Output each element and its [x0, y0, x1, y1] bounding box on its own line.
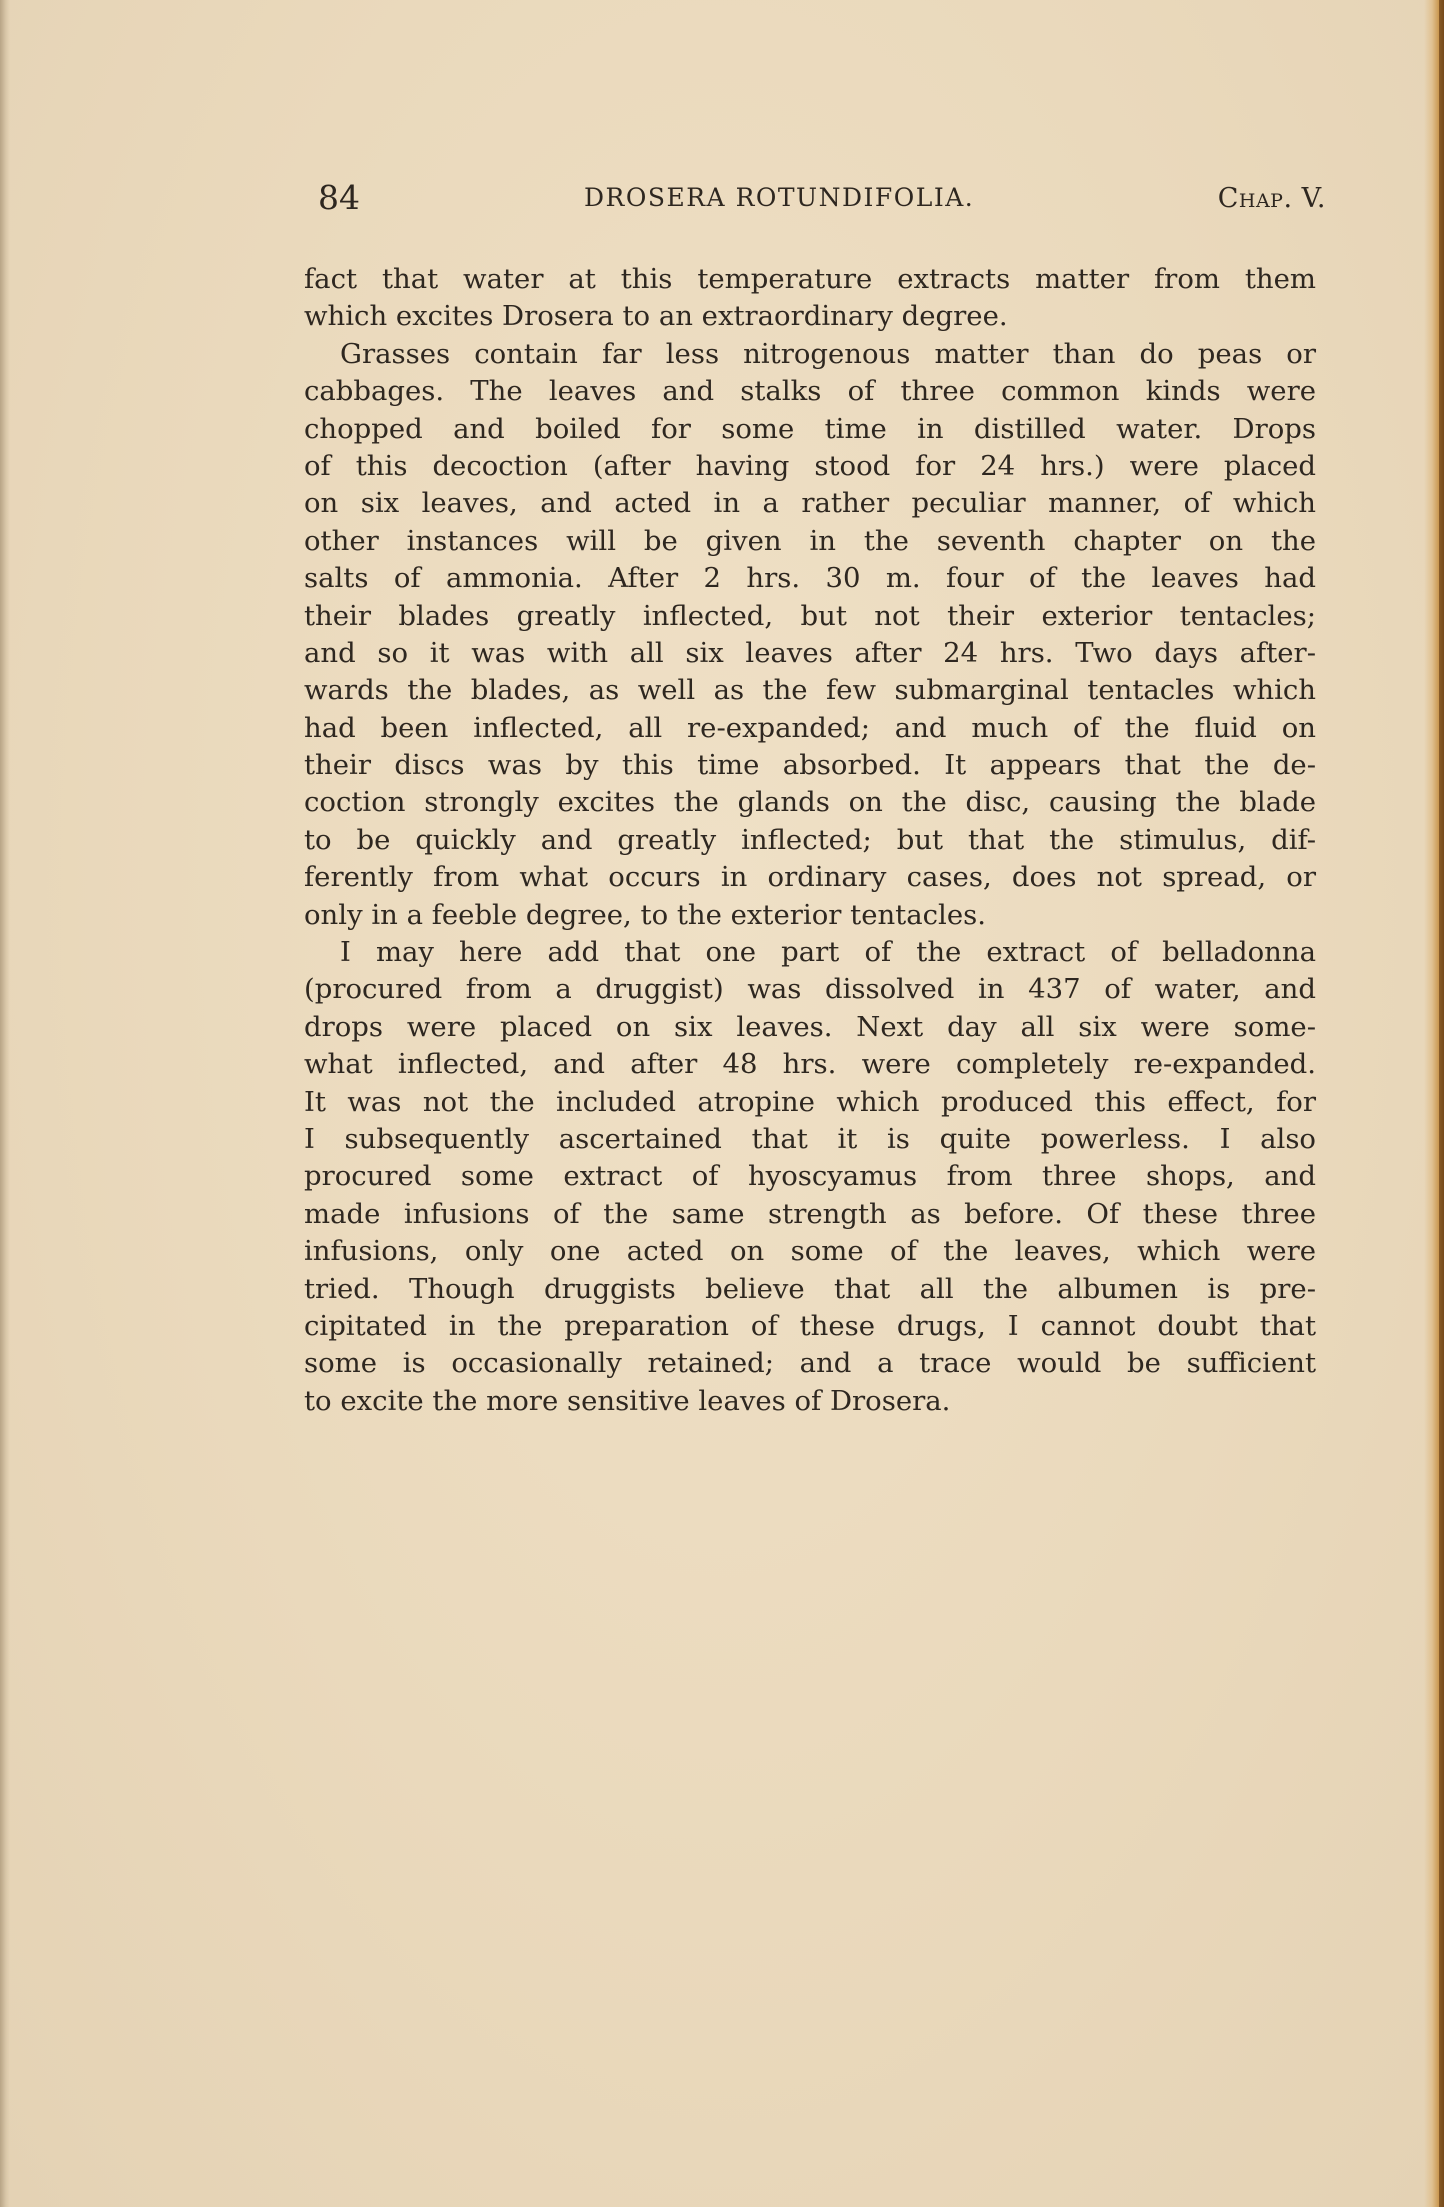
text-line: ferently from what occurs in ordinary ca… [304, 859, 1316, 896]
text-line: Grasses contain far less nitrogenous mat… [304, 336, 1316, 373]
text-line: which excites Drosera to an extraordinar… [304, 298, 1316, 335]
text-line: salts of ammonia. After 2 hrs. 30 m. fou… [304, 560, 1316, 597]
page-number: 84 [318, 178, 360, 217]
text-line: to be quickly and greatly inflected; but… [304, 822, 1316, 859]
text-line: fact that water at this temperature extr… [304, 261, 1316, 298]
body-text: fact that water at this temperature extr… [304, 261, 1316, 1420]
text-line: some is occasionally retained; and a tra… [304, 1345, 1316, 1382]
text-line: had been inflected, all re-expanded; and… [304, 710, 1316, 747]
text-line: other instances will be given in the sev… [304, 523, 1316, 560]
text-line: what inflected, and after 48 hrs. were c… [304, 1046, 1316, 1083]
chapter-label: Chap. V. [1218, 183, 1326, 214]
paragraph: I may here add that one part of the extr… [304, 934, 1316, 1420]
running-head: 84 DROSERA ROTUNDIFOLIA. Chap. V. [318, 178, 1318, 222]
text-line: I subsequently ascertained that it is qu… [304, 1121, 1316, 1158]
text-line: their discs was by this time absorbed. I… [304, 747, 1316, 784]
text-line: (procured from a druggist) was dissolved… [304, 971, 1316, 1008]
text-line: only in a feeble degree, to the exterior… [304, 897, 1316, 934]
text-line: coction strongly excites the glands on t… [304, 784, 1316, 821]
text-line: to excite the more sensitive leaves of D… [304, 1383, 1316, 1420]
paragraph: fact that water at this temperature extr… [304, 261, 1316, 336]
page-edge-dark [1439, 0, 1444, 2207]
text-line: drops were placed on six leaves. Next da… [304, 1009, 1316, 1046]
book-page: 84 DROSERA ROTUNDIFOLIA. Chap. V. fact t… [0, 0, 1444, 2207]
text-line: of this decoction (after having stood fo… [304, 448, 1316, 485]
text-line: their blades greatly inflected, but not … [304, 598, 1316, 635]
running-title: DROSERA ROTUNDIFOLIA. [584, 183, 974, 212]
text-line: chopped and boiled for some time in dist… [304, 411, 1316, 448]
text-line: It was not the included atropine which p… [304, 1084, 1316, 1121]
text-line: procured some extract of hyoscyamus from… [304, 1158, 1316, 1195]
text-line: cabbages. The leaves and stalks of three… [304, 373, 1316, 410]
text-line: I may here add that one part of the extr… [304, 934, 1316, 971]
text-line: and so it was with all six leaves after … [304, 635, 1316, 672]
text-line: wards the blades, as well as the few sub… [304, 672, 1316, 709]
spine-shadow [0, 0, 10, 2207]
paragraph: Grasses contain far less nitrogenous mat… [304, 336, 1316, 934]
text-line: tried. Though druggists believe that all… [304, 1271, 1316, 1308]
text-line: infusions, only one acted on some of the… [304, 1233, 1316, 1270]
text-line: cipitated in the preparation of these dr… [304, 1308, 1316, 1345]
text-line: made infusions of the same strength as b… [304, 1196, 1316, 1233]
text-line: on six leaves, and acted in a rather pec… [304, 485, 1316, 522]
